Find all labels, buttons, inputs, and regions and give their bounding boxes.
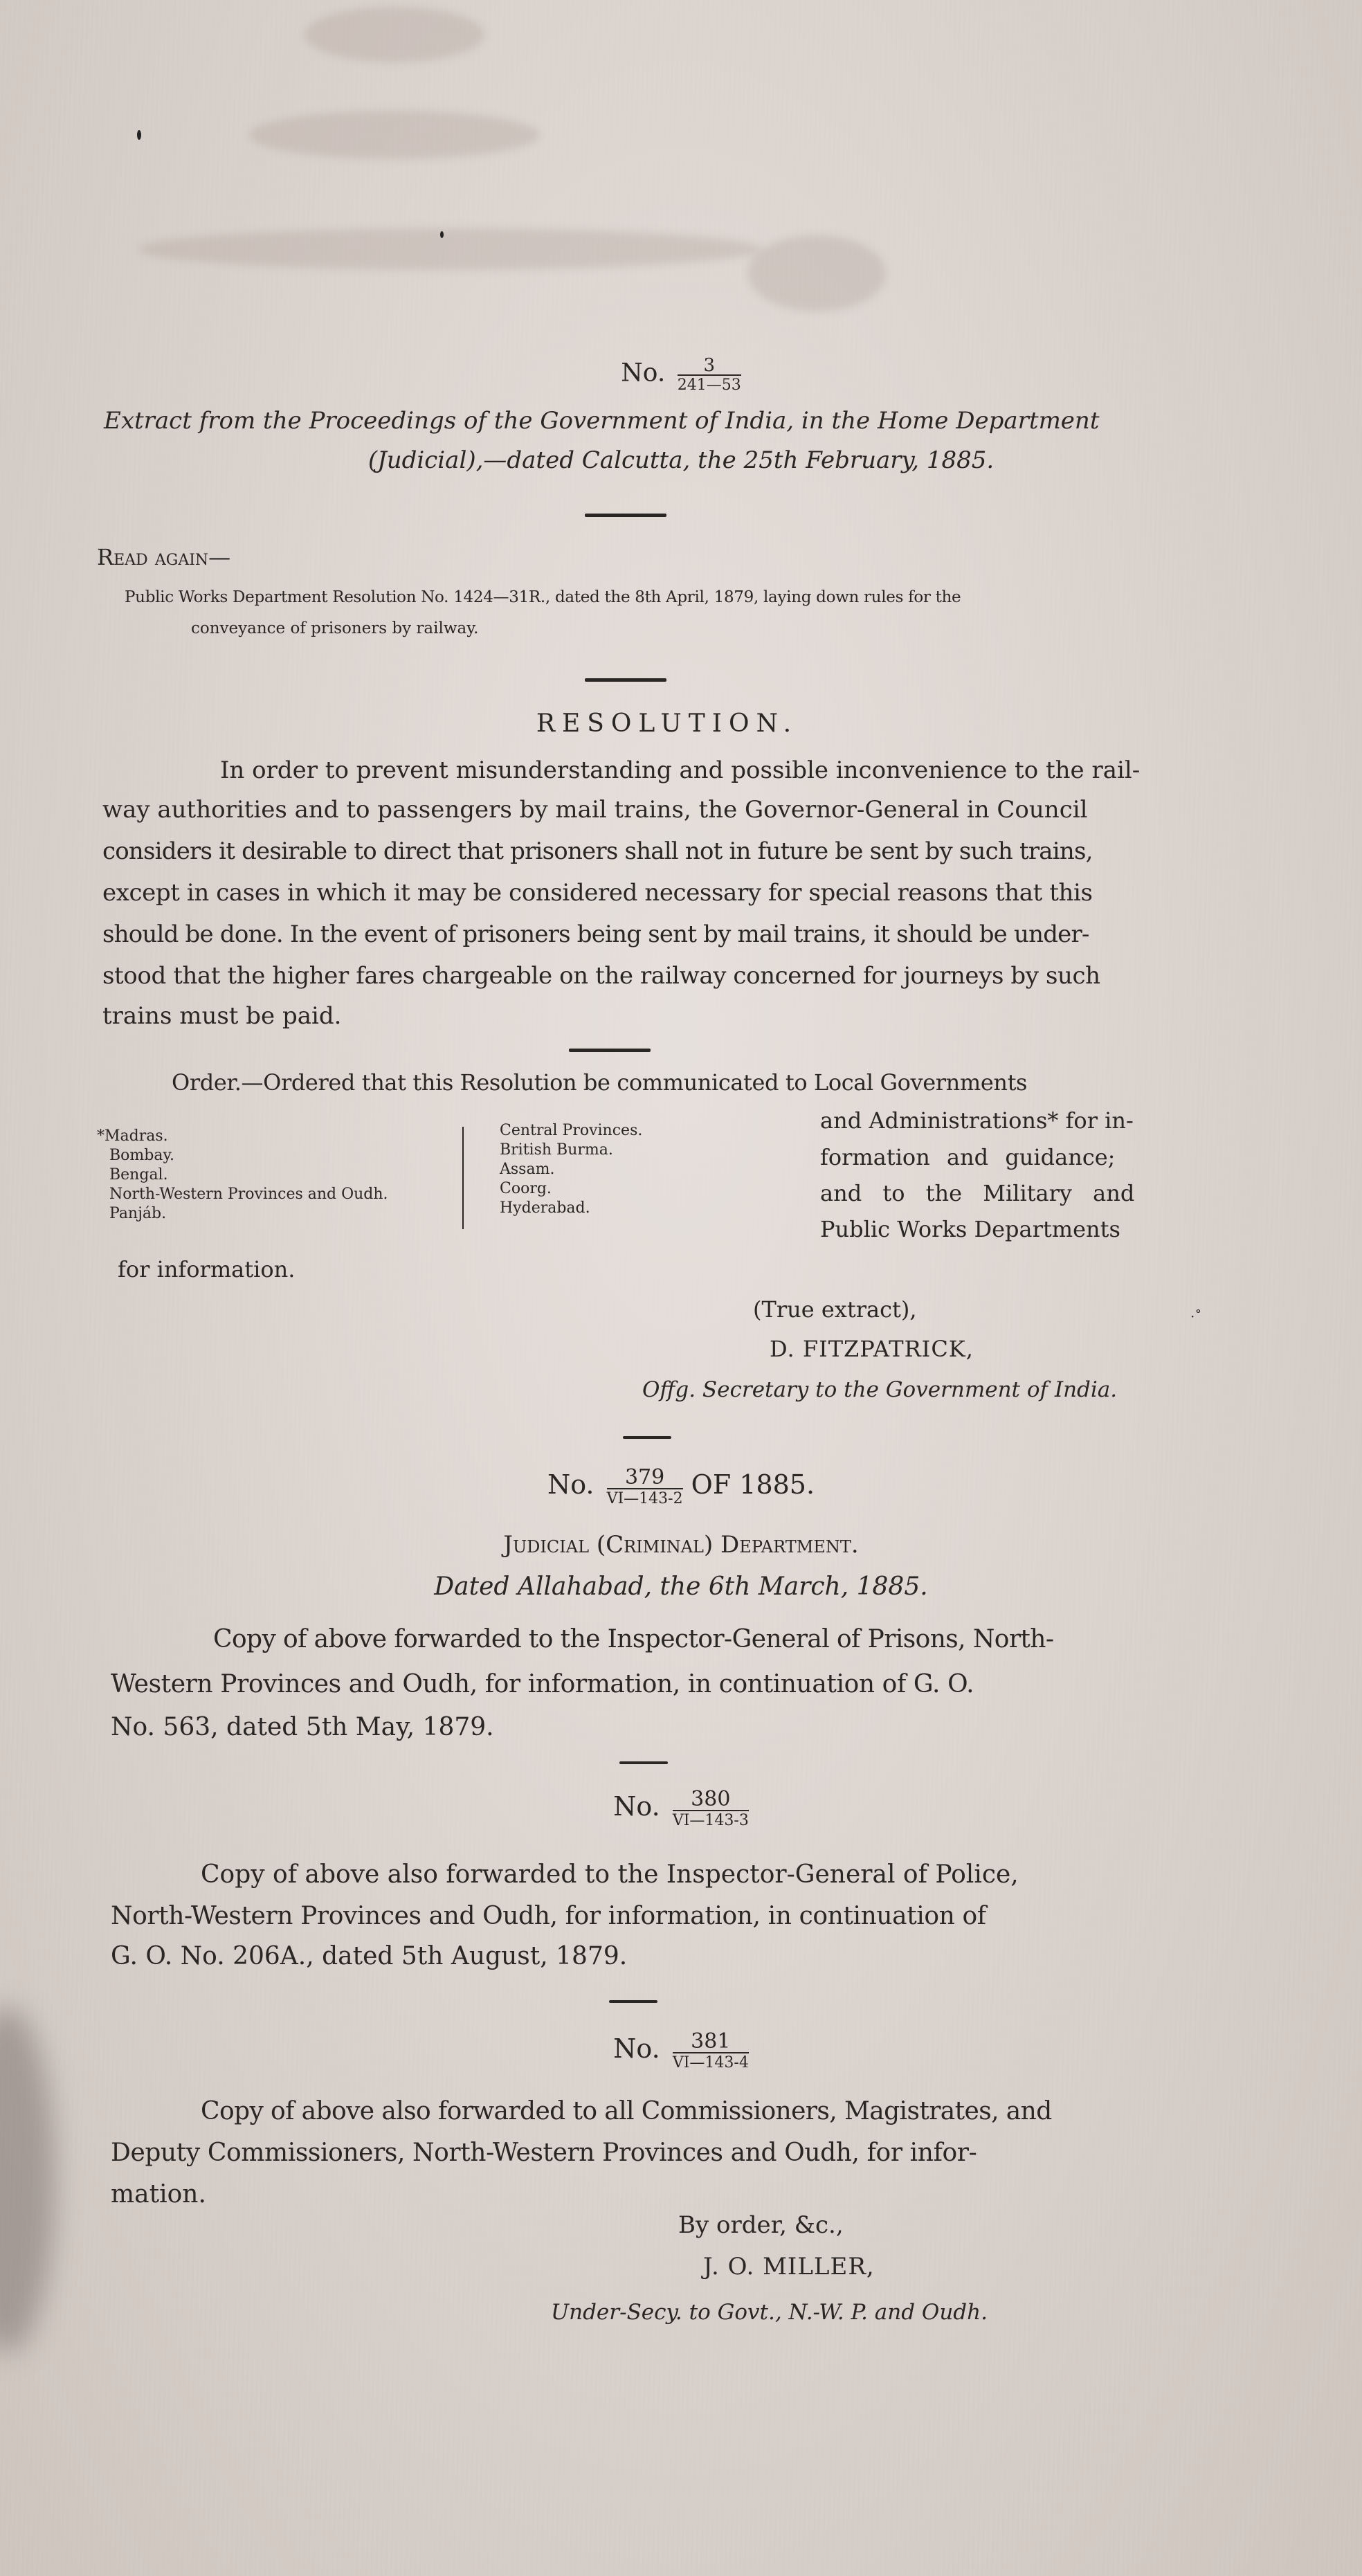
no-label: No.	[613, 2033, 660, 2064]
list-item: Bombay.	[97, 1146, 388, 1165]
fraction: 380 VI—143-3	[673, 1789, 749, 1829]
list-item: Hyderabad.	[500, 1199, 642, 1218]
fraction-numerator: 379	[607, 1467, 683, 1489]
fraction: 381 VI—143-4	[673, 2031, 749, 2071]
list-item: Central Provinces.	[500, 1121, 642, 1141]
by-order-label: By order, &c.,	[678, 2211, 844, 2239]
forwarding-line: No. 563, dated 5th May, 1879.	[111, 1713, 494, 1741]
list-item: North-Western Provinces and Oudh.	[97, 1185, 388, 1204]
extract-heading-line1: Extract from the Proceedings of the Gove…	[104, 407, 1100, 435]
fraction-denominator: VI—143-2	[607, 1489, 683, 1507]
ink-dot	[440, 231, 444, 238]
list-item: Coorg.	[500, 1179, 642, 1199]
faded-handwriting-mark	[305, 7, 484, 62]
resolution-line: considers it desirable to direct that pr…	[102, 837, 1093, 865]
no-label: No.	[613, 1791, 660, 1822]
resolution-line: In order to prevent misunderstanding and…	[220, 756, 1140, 784]
department-heading: Judicial (Criminal) Department.	[0, 1531, 1362, 1559]
fraction-denominator: VI—143-3	[673, 1811, 749, 1829]
document-page: No. 3 241—53 Extract from the Proceeding…	[0, 0, 1362, 2576]
dated-line: Dated Allahabad, the 6th March, 1885.	[0, 1572, 1362, 1601]
order-continuation-line: and to the Military and	[820, 1180, 1134, 1206]
fraction-numerator: 380	[673, 1789, 749, 1811]
extract-heading-line2: (Judicial),—dated Calcutta, the 25th Feb…	[0, 446, 1362, 474]
forwarding-line: Copy of above forwarded to the Inspector…	[213, 1625, 1053, 1653]
no-label: No.	[547, 1469, 594, 1500]
order-continuation-line: formation and guidance;	[820, 1144, 1115, 1170]
faded-handwriting-mark	[747, 235, 886, 311]
true-extract-label: (True extract),	[753, 1296, 917, 1323]
fraction-numerator: 3	[678, 356, 741, 376]
signatory-name: J. O. MILLER,	[703, 2253, 875, 2280]
fraction-denominator: 241—53	[678, 376, 741, 393]
forwarding-line: Western Provinces and Oudh, for informat…	[111, 1670, 974, 1698]
list-divider	[462, 1127, 464, 1229]
stray-marks: ·˚	[1190, 1308, 1201, 1325]
administrations-list: Central Provinces. British Burma. Assam.…	[500, 1121, 642, 1218]
resolution-line: trains must be paid.	[102, 1002, 341, 1030]
resolution-line: should be done. In the event of prisoner…	[102, 920, 1089, 948]
order-line1: Order.—Ordered that this Resolution be c…	[172, 1069, 1027, 1096]
local-governments-list: *Madras. Bombay. Bengal. North-Western P…	[97, 1127, 388, 1224]
forwarding-line: mation.	[111, 2180, 206, 2208]
faded-handwriting-mark	[138, 228, 761, 270]
header-document-number: No. 3 241—53	[0, 356, 1362, 393]
list-item: Assam.	[500, 1160, 642, 1179]
divider	[609, 2000, 657, 2003]
faded-handwriting-mark	[249, 111, 540, 159]
section-380-number: No. 380 VI—143-3	[0, 1789, 1362, 1829]
year-suffix: OF 1885.	[691, 1469, 815, 1500]
list-item: Panjáb.	[97, 1204, 388, 1224]
divider	[585, 514, 666, 517]
forwarding-line: Deputy Commissioners, North-Western Prov…	[111, 2139, 977, 2167]
section-381-number: No. 381 VI—143-4	[0, 2031, 1362, 2071]
list-item: British Burma.	[500, 1141, 642, 1160]
resolution-title: RESOLUTION.	[0, 709, 1362, 738]
signatory-title: Under-Secy. to Govt., N.-W. P. and Oudh.	[551, 2300, 988, 2325]
signatory-name: D. FITZPATRICK,	[770, 1336, 974, 1362]
signatory-title: Offg. Secretary to the Government of Ind…	[642, 1377, 1117, 1402]
divider	[619, 1761, 668, 1764]
fraction: 379 VI—143-2	[607, 1467, 683, 1507]
forwarding-line: Copy of above also forwarded to all Comm…	[201, 2097, 1052, 2125]
forwarding-line: Copy of above also forwarded to the Insp…	[201, 1860, 1019, 1889]
read-again-reference-line1: Public Works Department Resolution No. 1…	[125, 588, 961, 606]
divider	[569, 1049, 651, 1052]
resolution-line: way authorities and to passengers by mai…	[102, 796, 1087, 824]
list-item: Bengal.	[97, 1165, 388, 1185]
fraction-denominator: VI—143-4	[673, 2053, 749, 2071]
forwarding-line: North-Western Provinces and Oudh, for in…	[111, 1902, 986, 1930]
read-again-label: Read again—	[97, 544, 230, 570]
forwarding-line: G. O. No. 206A., dated 5th August, 1879.	[111, 1942, 627, 1970]
list-item: *Madras.	[97, 1127, 388, 1146]
no-label: No.	[621, 359, 665, 388]
divider	[623, 1436, 671, 1439]
read-again-reference-line2: conveyance of prisoners by railway.	[191, 619, 479, 637]
divider	[585, 678, 666, 682]
order-tail: for information.	[118, 1256, 295, 1282]
order-continuation-line: and Administrations* for in-	[820, 1107, 1134, 1134]
section-379-number: No. 379 VI—143-2 OF 1885.	[0, 1467, 1362, 1507]
ink-dot	[137, 130, 141, 140]
fraction: 3 241—53	[678, 356, 741, 393]
fraction-numerator: 381	[673, 2031, 749, 2053]
order-continuation-line: Public Works Departments	[820, 1216, 1120, 1242]
resolution-line: except in cases in which it may be consi…	[102, 879, 1093, 907]
resolution-line: stood that the higher fares chargeable o…	[102, 962, 1100, 990]
